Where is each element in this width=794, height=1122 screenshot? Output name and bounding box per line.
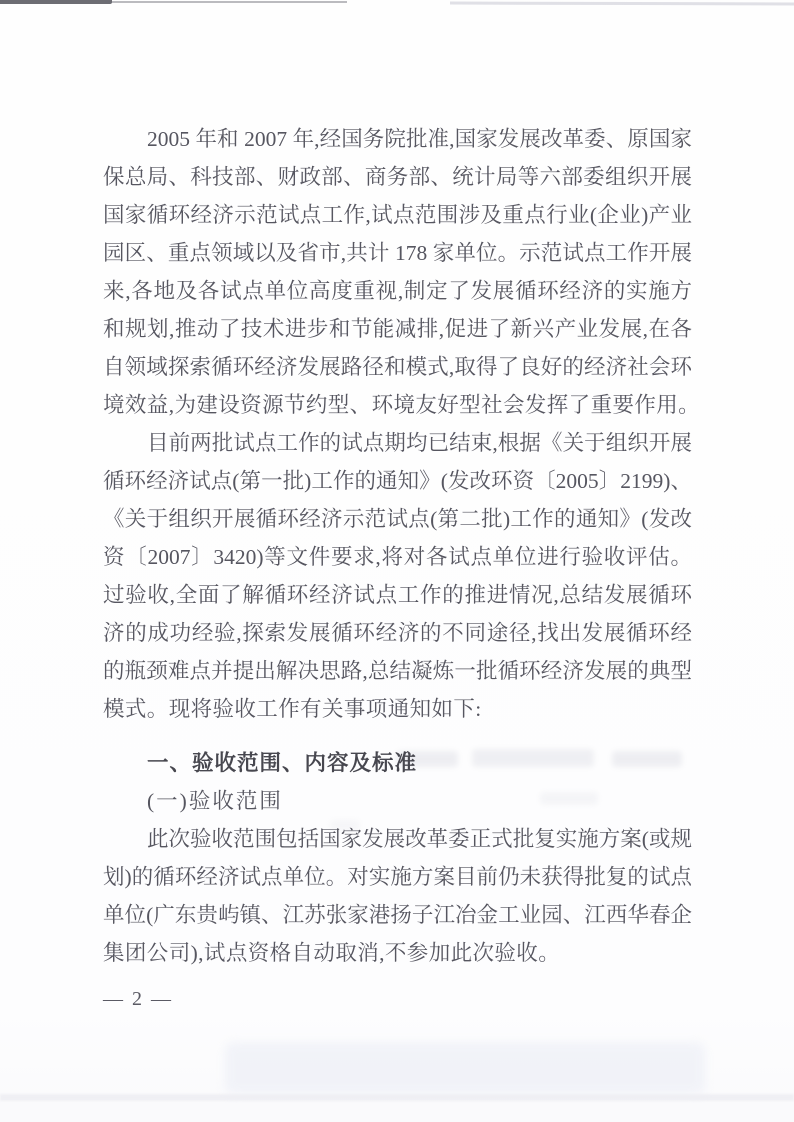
body-line: 模式。现将验收工作有关事项通知如下: — [103, 690, 692, 728]
page-number: — 2 — — [103, 984, 692, 1014]
scan-artifact-top-left — [0, 0, 112, 4]
body-line: 划)的循环经济试点单位。对实施方案目前仍未获得批复的试点 — [103, 858, 692, 896]
body-line: 济的成功经验,探索发展循环经济的不同途径,找出发展循环经济 — [103, 614, 692, 652]
body-line: 自领域探索循环经济发展路径和模式,取得了良好的经济社会环 — [103, 348, 692, 386]
body-line: 单位(广东贵屿镇、江苏张家港扬子江冶金工业园、江西华春企业 — [103, 896, 692, 934]
body-line: 循环经济试点(第一批)工作的通知》(发改环资〔2005〕2199)、 — [103, 462, 692, 500]
body-line: 此次验收范围包括国家发展改革委正式批复实施方案(或规 — [103, 820, 692, 858]
scan-artifact-bottom-band — [225, 1042, 705, 1094]
section-heading: 一、验收范围、内容及标准 — [103, 744, 692, 782]
subsection-heading: (一)验收范围 — [103, 782, 692, 820]
body-line: 资〔2007〕3420)等文件要求,将对各试点单位进行验收评估。通 — [103, 538, 692, 576]
body-line: 目前两批试点工作的试点期均已结束,根据《关于组织开展 — [103, 424, 692, 462]
scan-artifact-bottom-edge — [0, 1094, 794, 1101]
scan-artifact-top-mid — [105, 1, 347, 3]
body-line: 和规划,推动了技术进步和节能减排,促进了新兴产业发展,在各 — [103, 310, 692, 348]
body-line: 2005 年和 2007 年,经国务院批准,国家发展改革委、原国家环 — [103, 120, 692, 158]
body-line: 园区、重点领域以及省市,共计 178 家单位。示范试点工作开展以 — [103, 234, 692, 272]
document-body: 2005 年和 2007 年,经国务院批准,国家发展改革委、原国家环 保总局、科… — [103, 120, 692, 1014]
scan-artifact-top-right — [450, 2, 794, 6]
body-line: 来,各地及各试点单位高度重视,制定了发展循环经济的实施方案 — [103, 272, 692, 310]
body-line: 国家循环经济示范试点工作,试点范围涉及重点行业(企业)产业 — [103, 196, 692, 234]
scanned-document-page: 2005 年和 2007 年,经国务院批准,国家发展改革委、原国家环 保总局、科… — [0, 0, 794, 1122]
body-line: 集团公司),试点资格自动取消,不参加此次验收。 — [103, 934, 692, 972]
body-line: 保总局、科技部、财政部、商务部、统计局等六部委组织开展了两批 — [103, 158, 692, 196]
body-line: 《关于组织开展循环经济示范试点(第二批)工作的通知》(发改环 — [103, 500, 692, 538]
body-line: 过验收,全面了解循环经济试点工作的推进情况,总结发展循环经 — [103, 576, 692, 614]
body-line: 境效益,为建设资源节约型、环境友好型社会发挥了重要作用。 — [103, 386, 692, 424]
body-line: 的瓶颈难点并提出解决思路,总结凝炼一批循环经济发展的典型 — [103, 652, 692, 690]
